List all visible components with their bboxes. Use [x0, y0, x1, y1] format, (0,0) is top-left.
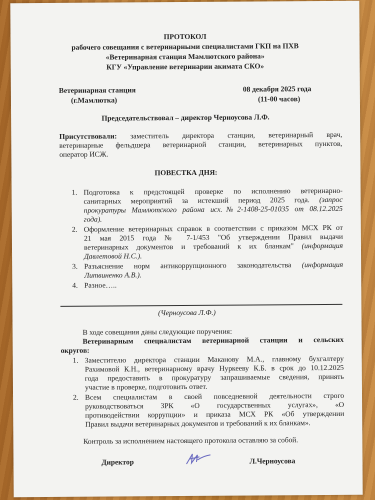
instruction-1-line-4: участие в проверке, подготовить ответ. — [85, 382, 207, 392]
agenda-title: ПОВЕСТКА ДНЯ: — [11, 167, 360, 178]
signatory-role: Директор — [101, 457, 133, 466]
document-page: ПРОТОКОЛ рабочего совещания с ветеринарн… — [10, 1, 362, 497]
meeting-place: Ветеринарная станция — [59, 85, 136, 95]
agenda-item-4-line-1: Разное….. — [84, 280, 116, 289]
instruction-1-line-3: года предоставить в прокуратуру запрашив… — [85, 372, 344, 383]
agenda-item-3-line-1: Разъяснение норм антикоррупционного зако… — [84, 260, 343, 271]
agenda-item-1-line-3: прокуратуры Мамлютского района исх.№2-14… — [84, 204, 343, 215]
meeting-time: (11-00 часов) — [258, 94, 300, 103]
present-text-2: ветеринарные фельдшера ветеринарной стан… — [59, 139, 342, 150]
agenda-item-1-ref: (запрос — [319, 195, 342, 204]
agenda-item-3-ref: (информация — [302, 260, 343, 269]
meeting-city: (г.Мамлютка) — [71, 95, 117, 104]
agenda-item-1-line-4: года). — [84, 215, 102, 224]
agenda-item-2-ref: (информация — [302, 241, 343, 250]
agenda-item-3-line-2: Литвиненко А.В.). — [84, 270, 141, 279]
agenda-item-2-line-4: Давлетовой Н.С.). — [84, 251, 142, 260]
agenda-item-3-text: Разъяснение норм антикоррупционного зако… — [84, 260, 291, 270]
agenda-item-number: 1. — [72, 188, 78, 197]
instruction-2-line-4: Правил выдачи ветеринарных документов и … — [85, 418, 310, 429]
agenda-item-number: 3. — [72, 262, 78, 271]
chairperson-line: Председательствовал – директор Черноусов… — [11, 112, 360, 123]
agenda-item-number: 2. — [72, 225, 78, 234]
instructions-heading-2: округов: — [61, 346, 90, 355]
speaker-note: (Черноусова Л.Ф.) — [12, 307, 361, 318]
agenda-item-number: 4. — [72, 281, 78, 290]
instruction-number: 1. — [73, 356, 79, 365]
handwritten-signature-icon — [183, 450, 213, 468]
subtitle-line-3: КГУ «Управление ветеринарии акимата СКО» — [11, 61, 360, 72]
control-statement: Контроль за исполнением настоящего прото… — [83, 435, 298, 445]
present-label: Присутствовали: — [59, 131, 117, 140]
present-text-3: оператор ИСЖ. — [59, 150, 108, 159]
instructions-heading-1: Ветеринарным специалистам ветеринарной с… — [83, 335, 344, 346]
agenda-item-2-line-3: ветеринарных документов и требований к и… — [84, 241, 343, 252]
agenda-item-2-text: ветеринарных документов и требований к и… — [84, 241, 294, 251]
meeting-date: 08 декабря 2025 года — [243, 84, 312, 93]
signatory-name: Л.Черноусова — [249, 456, 295, 465]
instruction-number: 2. — [73, 393, 79, 402]
